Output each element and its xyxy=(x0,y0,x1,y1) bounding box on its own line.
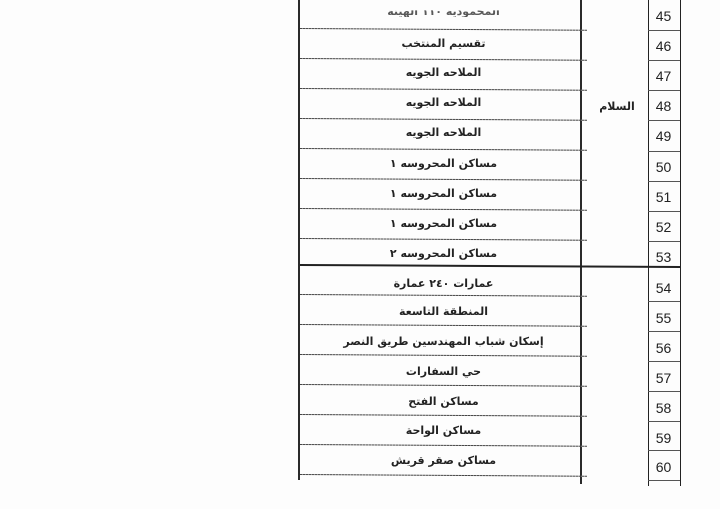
row-divider xyxy=(300,384,587,387)
table-row-name: مساكن الفتح xyxy=(300,396,587,407)
row-divider xyxy=(300,58,587,61)
number-divider xyxy=(648,60,680,61)
row-divider xyxy=(300,208,587,211)
number-divider xyxy=(648,480,680,481)
table-row-name: عمارات ٢٤٠ عمارة xyxy=(300,278,587,289)
table-row-number: 53 xyxy=(648,249,679,265)
table-row-name: مساكن المحروسه ١ xyxy=(300,188,587,199)
number-divider xyxy=(648,151,680,152)
row-divider xyxy=(300,118,587,121)
table-row-number: 49 xyxy=(648,128,679,144)
row-divider xyxy=(300,354,587,357)
table-row-name: المحمودية ١١٠ الهيئة xyxy=(300,6,587,17)
table-row-number: 50 xyxy=(648,159,679,175)
table-row-number: 59 xyxy=(648,430,679,446)
table-row-name: مساكن صقر قريش xyxy=(300,455,587,466)
number-divider xyxy=(648,450,680,451)
row-divider xyxy=(300,294,587,297)
number-divider xyxy=(648,120,680,121)
table-row-number: 60 xyxy=(648,459,679,475)
number-divider xyxy=(648,421,680,422)
number-divider xyxy=(648,301,680,302)
number-divider xyxy=(648,30,680,31)
number-divider xyxy=(648,241,680,242)
table-row-number: 56 xyxy=(648,340,679,356)
table-row-name: حي السفارات xyxy=(300,366,587,377)
table-row-number: 52 xyxy=(648,219,679,235)
number-divider xyxy=(648,211,680,212)
group-separator xyxy=(300,264,680,268)
table-row-name: الملاحه الجويه xyxy=(300,127,587,138)
scanned-document-page: المحمودية ١١٠ الهيئة 45 تقسيم المنتخب 46… xyxy=(0,0,720,509)
table-row-number: 55 xyxy=(648,310,679,326)
district-label: السلام xyxy=(592,100,642,113)
table-row-number: 57 xyxy=(648,370,679,386)
table-row-name: إسكان شباب المهندسين طريق النصر xyxy=(300,336,587,347)
table-row-number: 54 xyxy=(648,280,679,296)
table-row-number: 51 xyxy=(648,189,679,205)
number-divider xyxy=(648,331,680,332)
number-divider xyxy=(648,181,680,182)
number-divider xyxy=(648,90,680,91)
table-row-number: 48 xyxy=(648,98,679,114)
table-row-name: الملاحه الجويه xyxy=(300,97,587,108)
number-divider xyxy=(648,361,680,362)
row-divider xyxy=(300,238,587,241)
table-row-name: مساكن المحروسه ٢ xyxy=(300,248,587,259)
table-row-number: 45 xyxy=(648,8,679,24)
row-divider xyxy=(300,414,587,417)
table-row-name: الملاحه الجويه xyxy=(300,67,587,78)
table-row-name: مساكن المحروسه ١ xyxy=(300,218,587,229)
table-row-number: 58 xyxy=(648,400,679,416)
row-divider xyxy=(300,444,587,447)
row-divider xyxy=(300,324,587,327)
row-divider xyxy=(300,28,587,31)
table-row-name: مساكن الواحة xyxy=(300,425,587,436)
table-row-name: تقسيم المنتخب xyxy=(300,38,587,49)
table-row-number: 47 xyxy=(648,68,679,84)
number-divider xyxy=(648,391,680,392)
row-divider xyxy=(300,148,587,151)
table-row-number: 46 xyxy=(648,38,679,54)
row-divider xyxy=(300,88,587,91)
table-row-name: المنطقة التاسعة xyxy=(300,306,587,317)
table-row-name: مساكن المحروسه ١ xyxy=(300,158,587,169)
row-divider xyxy=(300,474,587,477)
row-divider xyxy=(300,178,587,181)
